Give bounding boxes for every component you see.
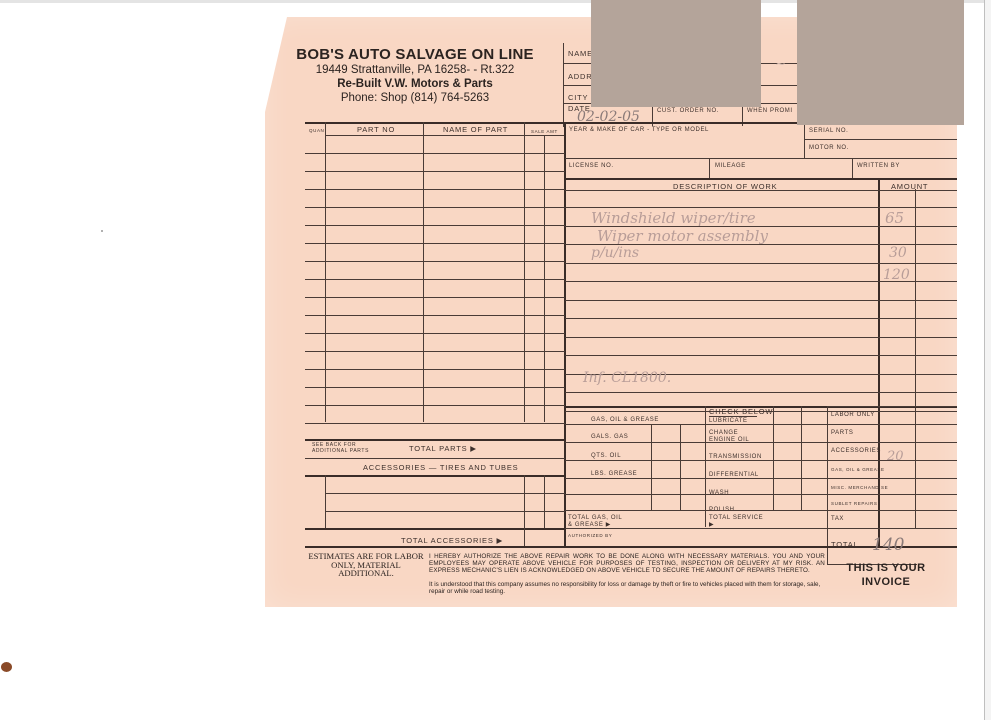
totals-label: MISC. MERCHANDISE xyxy=(831,484,888,491)
invoice-note: THIS IS YOUR INVOICE xyxy=(831,561,941,589)
when-promised-label: WHEN PROMI xyxy=(747,108,793,115)
row-rule xyxy=(565,478,827,479)
lbs-grease-label: LBS. GREASE xyxy=(591,471,637,478)
row-rule xyxy=(565,424,827,425)
total-value: 140 xyxy=(872,535,904,555)
check-change-oil: CHANGE ENGINE OIL xyxy=(709,430,759,444)
row-rule xyxy=(565,494,827,495)
name-label: NAME xyxy=(568,50,593,58)
totals-rule xyxy=(827,510,957,511)
totals-rule xyxy=(827,478,957,479)
totals-label: TAX xyxy=(831,516,844,523)
row-rule xyxy=(305,423,565,424)
total-gas-label: TOTAL GAS, OIL & GREASE ▶ xyxy=(568,515,628,529)
qts-oil-label: QTS. OIL xyxy=(591,453,621,460)
gas-oil-grease-header: GAS, OIL & GREASE xyxy=(591,417,659,424)
motor-no-label: MOTOR NO. xyxy=(809,145,849,152)
work-amount-3: 30 xyxy=(889,245,907,261)
totals-label: ACCESSORIES xyxy=(831,448,881,455)
totals-rule xyxy=(827,424,957,425)
row-rule xyxy=(305,171,565,172)
row-rule xyxy=(565,392,957,393)
gals-gas-label: GALS. GAS xyxy=(591,434,628,441)
work-note: Inf. CL1800. xyxy=(583,370,671,386)
row-rule xyxy=(565,300,957,301)
row-rule xyxy=(305,297,565,298)
check-lubricate: LUBRICATE xyxy=(709,418,748,425)
work-line-2: Wiper motor assembly xyxy=(597,227,768,245)
row-rule xyxy=(305,225,565,226)
parts-header-sale-amt: SALE AMT xyxy=(531,128,558,135)
company-header: BOB'S AUTO SALVAGE ON LINE 19449 Stratta… xyxy=(265,17,565,117)
authorization-text: I HEREBY AUTHORIZE THE ABOVE REPAIR WORK… xyxy=(429,553,825,574)
row-rule xyxy=(565,460,827,461)
row-rule xyxy=(565,318,957,319)
total-label: TOTAL xyxy=(831,541,858,549)
row-rule xyxy=(565,337,957,338)
total-accessories-label: TOTAL ACCESSORIES ▶ xyxy=(401,537,503,545)
work-line-1: Windshield wiper/tire xyxy=(591,209,756,227)
row-rule xyxy=(305,189,565,190)
dust-speck xyxy=(101,230,103,232)
row-rule xyxy=(305,333,565,334)
row-rule xyxy=(305,207,565,208)
totals-rule xyxy=(827,406,957,407)
accessories-total-value: 20 xyxy=(887,449,904,464)
company-name: BOB'S AUTO SALVAGE ON LINE xyxy=(265,46,565,63)
row-rule xyxy=(305,315,565,316)
work-amount-1: 65 xyxy=(885,209,904,227)
work-line-3: p/u/ins xyxy=(591,245,639,261)
redaction-block-right xyxy=(797,0,964,125)
scan-right-edge xyxy=(984,0,991,720)
totals-label: PARTS xyxy=(831,430,853,437)
address-label: ADDR xyxy=(568,73,592,81)
see-back-label: SEE BACK FORADDITIONAL PARTS xyxy=(312,443,369,454)
mileage-label: MILEAGE xyxy=(715,163,746,170)
row-rule xyxy=(565,207,957,208)
totals-rule xyxy=(827,442,957,443)
total-service-label: TOTAL SERVICE ▶ xyxy=(709,515,769,529)
cust-order-label: CUST. ORDER NO. xyxy=(657,108,719,115)
check-transmission: TRANSMISSION xyxy=(709,454,762,461)
row-rule xyxy=(305,351,565,352)
written-by-label: WRITTEN BY xyxy=(857,163,900,170)
row-rule xyxy=(565,355,957,356)
totals-label: LABOR ONLY xyxy=(831,412,875,419)
row-rule xyxy=(305,387,565,388)
accessories-header: ACCESSORIES — TIRES AND TUBES xyxy=(363,464,518,472)
row-rule xyxy=(305,261,565,262)
totals-label: SUBLET REPAIRS xyxy=(831,500,878,507)
row-rule xyxy=(565,442,827,443)
check-differential: DIFFERENTIAL xyxy=(709,472,759,479)
company-tagline: Re-Built V.W. Motors & Parts xyxy=(265,78,565,90)
parts-header-name: NAME OF PART xyxy=(443,126,508,134)
stain-speck xyxy=(1,662,12,672)
row-rule xyxy=(305,243,565,244)
license-no-label: LICENSE NO. xyxy=(569,163,614,170)
work-amount-4: 120 xyxy=(883,267,910,283)
redaction-block-name xyxy=(591,0,761,107)
totals-rule xyxy=(827,494,957,495)
totals-label: GAS, OIL & GREASE xyxy=(831,466,885,473)
row-rule xyxy=(305,279,565,280)
totals-rule xyxy=(827,528,957,529)
check-below-label: CHECK BELOW xyxy=(709,408,773,416)
estimates-note: ESTIMATES ARE FOR LABOR ONLY, MATERIAL A… xyxy=(308,552,424,578)
year-make-label: YEAR & MAKE OF CAR - TYPE OR MODEL xyxy=(569,127,709,134)
total-parts-label: TOTAL PARTS ▶ xyxy=(409,445,477,453)
row-rule xyxy=(305,153,565,154)
authorized-by-label: AUTHORIZED BY xyxy=(568,532,612,539)
city-label: CITY xyxy=(568,94,588,102)
row-rule xyxy=(305,369,565,370)
parts-header-quan: QUAN xyxy=(309,127,324,134)
company-address: 19449 Strattanville, PA 16258- - Rt.322 xyxy=(265,64,565,76)
row-rule xyxy=(565,263,957,264)
faint-handwriting: ~ xyxy=(775,57,786,72)
check-wash: WASH xyxy=(709,490,729,497)
liability-text: It is understood that this company assum… xyxy=(429,581,825,595)
parts-header-part-no: PART NO xyxy=(357,126,395,134)
company-phone: Phone: Shop (814) 764-5263 xyxy=(265,92,565,104)
serial-no-label: SERIAL NO. xyxy=(809,128,848,135)
row-rule xyxy=(305,405,565,406)
